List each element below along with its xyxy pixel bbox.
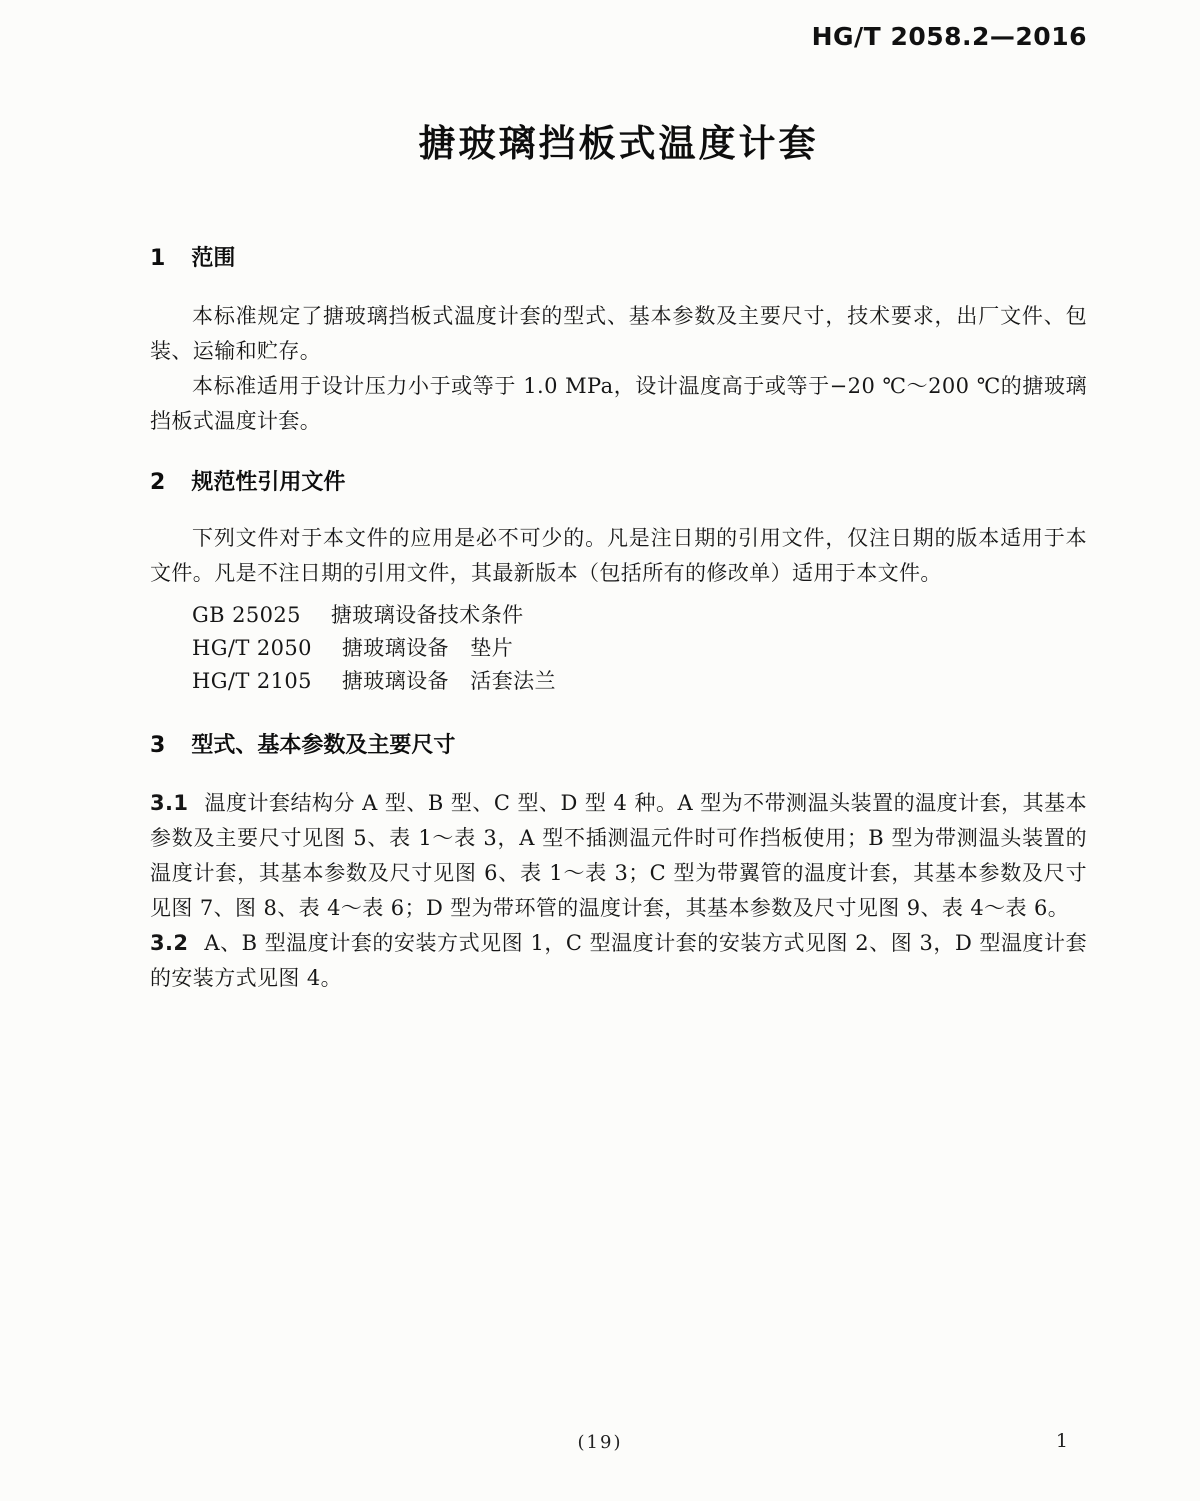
clause-3-2-number: 3.2: [150, 926, 188, 961]
reference-item: GB 25025搪玻璃设备技术条件: [150, 599, 1087, 632]
reference-title: 搪玻璃设备技术条件: [331, 603, 524, 627]
clause-3-2: 3.2A、B 型温度计套的安装方式见图 1，C 型温度计套的安装方式见图 2、图…: [150, 926, 1087, 996]
section-2-paragraph-1: 下列文件对于本文件的应用是必不可少的。凡是注日期的引用文件，仅注日期的版本适用于…: [150, 521, 1087, 591]
section-3-number: 3: [150, 732, 165, 760]
document-page: HG/T 2058.2—2016 搪玻璃挡板式温度计套 1范围 本标准规定了搪玻…: [0, 0, 1200, 1501]
clause-3-1-text: 温度计套结构分 A 型、B 型、C 型、D 型 4 种。A 型为不带测温头装置的…: [150, 791, 1087, 920]
reference-item: HG/T 2105搪玻璃设备 活套法兰: [150, 665, 1087, 698]
section-2-title: 规范性引用文件: [191, 470, 345, 495]
reference-code: GB 25025: [192, 599, 301, 632]
section-2-heading: 2规范性引用文件: [150, 469, 1087, 497]
footer-sheet-number: (19): [0, 1432, 1200, 1453]
section-1-title: 范围: [191, 246, 235, 271]
reference-title: 搪玻璃设备 垫片: [342, 636, 513, 660]
section-1-paragraph-1: 本标准规定了搪玻璃挡板式温度计套的型式、基本参数及主要尺寸，技术要求，出厂文件、…: [150, 299, 1087, 369]
document-header: HG/T 2058.2—2016: [150, 22, 1087, 51]
normative-reference-list: GB 25025搪玻璃设备技术条件 HG/T 2050搪玻璃设备 垫片 HG/T…: [150, 599, 1087, 698]
reference-code: HG/T 2050: [192, 632, 312, 665]
section-1-number: 1: [150, 245, 165, 273]
standard-number: HG/T 2058.2—2016: [812, 22, 1087, 51]
clause-3-2-text: A、B 型温度计套的安装方式见图 1，C 型温度计套的安装方式见图 2、图 3，…: [150, 931, 1087, 990]
reference-item: HG/T 2050搪玻璃设备 垫片: [150, 632, 1087, 665]
section-2-number: 2: [150, 469, 165, 497]
section-1-paragraph-2: 本标准适用于设计压力小于或等于 1.0 MPa，设计温度高于或等于−20 ℃～2…: [150, 369, 1087, 439]
page-content: HG/T 2058.2—2016 搪玻璃挡板式温度计套 1范围 本标准规定了搪玻…: [0, 0, 1200, 996]
page-title: 搪玻璃挡板式温度计套: [150, 121, 1087, 167]
reference-code: HG/T 2105: [192, 665, 312, 698]
clause-3-1-number: 3.1: [150, 786, 188, 821]
section-3-heading: 3型式、基本参数及主要尺寸: [150, 732, 1087, 760]
reference-title: 搪玻璃设备 活套法兰: [342, 669, 556, 693]
footer-page-number: 1: [1056, 1430, 1068, 1452]
section-1-heading: 1范围: [150, 245, 1087, 273]
clause-3-1: 3.1温度计套结构分 A 型、B 型、C 型、D 型 4 种。A 型为不带测温头…: [150, 786, 1087, 926]
section-3-title: 型式、基本参数及主要尺寸: [191, 733, 455, 758]
